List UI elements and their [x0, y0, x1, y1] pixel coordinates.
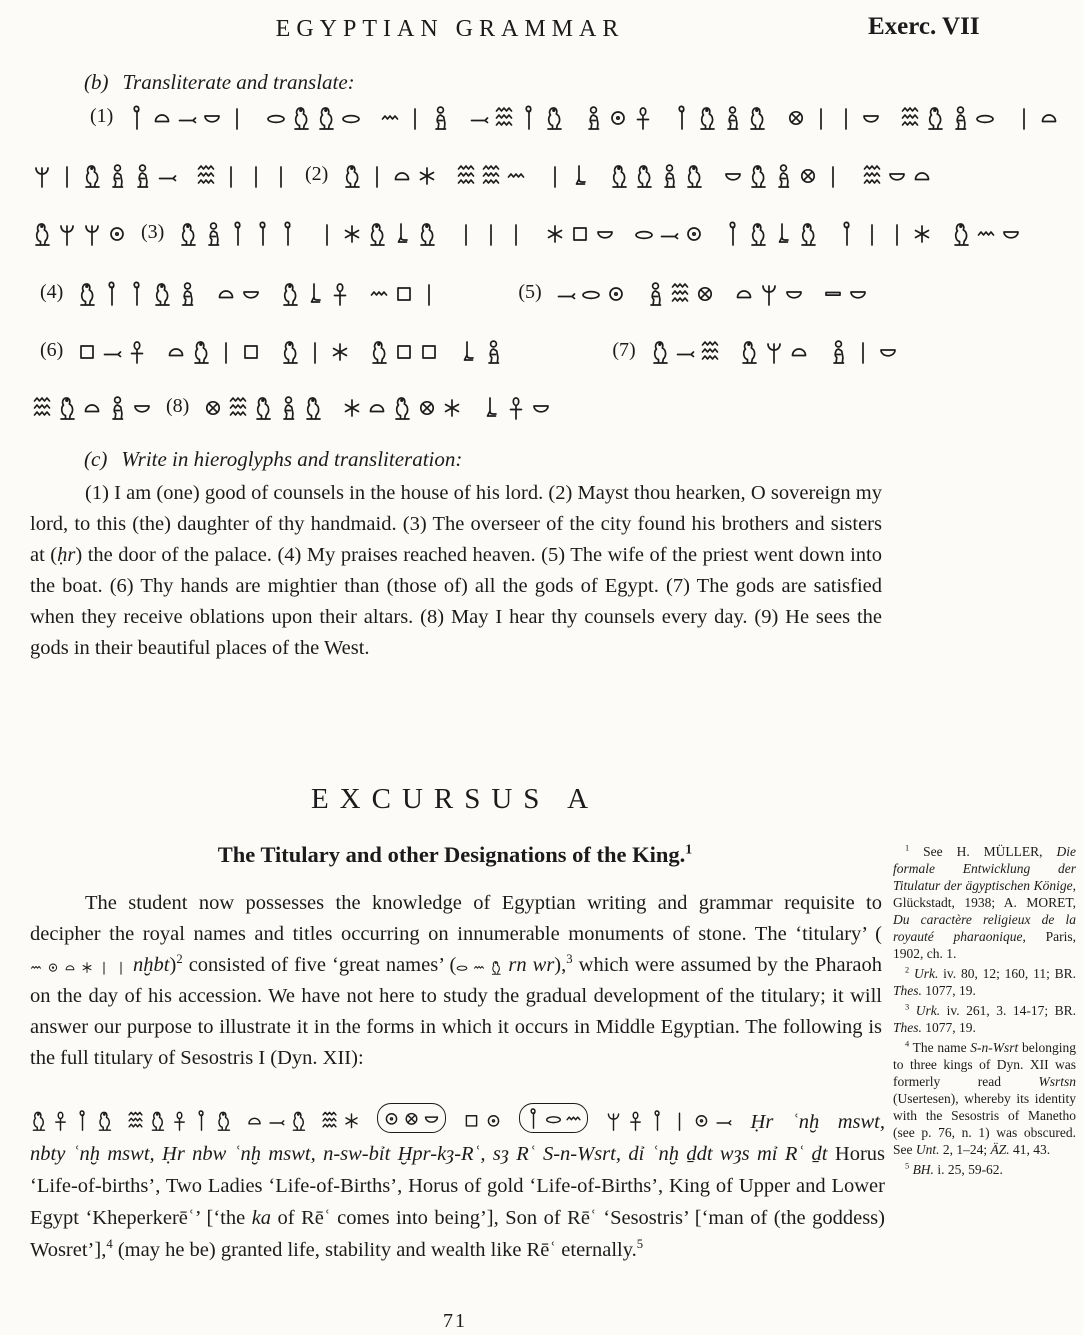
hieroglyph-run [127, 102, 1059, 132]
hieroglyph-water-line-icon [30, 958, 42, 976]
hieroglyph-bowl-icon [848, 278, 868, 308]
hieroglyph-stroke-icon [811, 102, 831, 132]
exercise-number: (4) [36, 281, 67, 308]
hieroglyph-falcon-icon [697, 102, 717, 132]
hieroglyph-falcon-icon [684, 160, 704, 190]
footnotes-column: 1 See H. MÜLLER, Die formale Entwicklung… [893, 843, 1076, 1181]
hieroglyph-arm-icon [157, 160, 177, 190]
hieroglyph-bread-loaf-icon [64, 958, 76, 976]
text-run: Wsrtsn [1038, 1074, 1076, 1089]
hieroglyph-reed-leaf-icon [228, 218, 248, 248]
hieroglyph-plant-icon [605, 1107, 622, 1133]
text-run: rn wr [508, 954, 554, 976]
hieroglyph-star-icon [330, 336, 350, 366]
hieroglyph-line-3: (3) [32, 218, 1021, 248]
hieroglyph-stroke-icon [887, 218, 907, 248]
hieroglyph-ankh-icon [171, 1107, 188, 1133]
text-run: consisted of five ‘great names’ ( [183, 954, 457, 976]
section-b-label: (b) [84, 70, 109, 94]
hieroglyph-leg-icon [773, 218, 793, 248]
hieroglyph-water-line-icon [380, 102, 400, 132]
hieroglyph-sun-disc-icon [606, 278, 626, 308]
hieroglyph-water-ripples-icon [862, 160, 882, 190]
hieroglyph-stroke-icon [227, 102, 247, 132]
text-run: S-n-Wsrt [970, 1040, 1018, 1055]
hieroglyph-water-line-icon [976, 218, 996, 248]
hieroglyph-seated-man-icon [132, 160, 152, 190]
hieroglyph-stroke-icon [545, 160, 565, 190]
hieroglyph-reed-leaf-icon [253, 218, 273, 248]
hieroglyph-reed-leaf-icon [723, 218, 743, 248]
hieroglyph-falcon-icon [369, 336, 389, 366]
hieroglyph-city-sign-icon [203, 392, 223, 422]
hieroglyph-bread-loaf-icon [152, 102, 172, 132]
excursus-subtitle: The Titulary and other Designations of t… [0, 842, 910, 868]
hieroglyph-city-sign-icon [403, 1105, 420, 1131]
hieroglyph-falcon-icon [925, 102, 945, 132]
hieroglyph-falcon-icon [544, 102, 564, 132]
hieroglyph-bowl-icon [784, 278, 804, 308]
hieroglyph-water-ripples-icon [494, 102, 514, 132]
hieroglyph-ankh-icon [633, 102, 653, 132]
hieroglyph-run [32, 392, 152, 422]
hieroglyph-run [342, 160, 932, 190]
hieroglyph-bread-loaf-icon [246, 1107, 263, 1133]
hieroglyph-falcon-icon [951, 218, 971, 248]
hieroglyph-falcon-icon [290, 1107, 307, 1133]
text-run: ÄZ. [991, 1142, 1010, 1157]
hieroglyph-water-ripples-icon [32, 392, 52, 422]
hieroglyph-enclosure-icon [463, 1107, 480, 1133]
excursus-title: EXCURSUS A [0, 783, 910, 816]
hieroglyph-star-icon [343, 1107, 360, 1133]
hieroglyph-mouth-icon [634, 218, 654, 248]
hieroglyph-leg-icon [458, 336, 478, 366]
hieroglyph-water-line-icon [506, 160, 526, 190]
hieroglyph-arm-icon [715, 1107, 732, 1133]
hieroglyph-ankh-icon [330, 278, 350, 308]
hieroglyph-stroke-icon [671, 1107, 688, 1133]
hieroglyph-seated-man-icon [177, 278, 197, 308]
hieroglyph-seated-man-icon [828, 336, 848, 366]
hieroglyph-stroke-icon [221, 160, 241, 190]
hieroglyph-leg-icon [392, 218, 412, 248]
hieroglyph-line-5: (6)(7) [36, 336, 898, 366]
footnote-1: 1 See H. MÜLLER, Die formale Entwicklung… [893, 843, 1076, 962]
hieroglyph-falcon-icon [191, 336, 211, 366]
hieroglyph-stroke-icon [836, 102, 856, 132]
hieroglyph-reed-leaf-icon [102, 278, 122, 308]
hieroglyph-bread-loaf-icon [912, 160, 932, 190]
section-c-label: (c) [84, 447, 107, 471]
hieroglyph-falcon-icon [57, 392, 77, 422]
text-run: Urk. [916, 1003, 940, 1018]
hieroglyph-falcon-icon [747, 102, 767, 132]
hieroglyph-falcon-icon [149, 1107, 166, 1133]
hieroglyph-seated-man-icon [645, 278, 665, 308]
hieroglyph-star-icon [417, 160, 437, 190]
hieroglyph-falcon-icon [798, 218, 818, 248]
hieroglyph-reed-leaf-icon [649, 1107, 666, 1133]
text-run: 2, 1–24; [940, 1142, 991, 1157]
hieroglyph-seated-man-icon [950, 102, 970, 132]
text-run: Thes. [893, 1020, 922, 1035]
hieroglyph-city-sign-icon [417, 392, 437, 422]
hieroglyph-line-2: (2) [32, 160, 932, 190]
hieroglyph-falcon-icon [748, 160, 768, 190]
hieroglyph-falcon-icon [650, 336, 670, 366]
exercise-number: (7) [608, 339, 639, 366]
hieroglyph-reed-leaf-icon [278, 218, 298, 248]
hieroglyph-falcon-icon [367, 218, 387, 248]
hieroglyph-bread-loaf-icon [82, 392, 102, 422]
hieroglyph-star-icon [545, 218, 565, 248]
text-run: (may he be) granted life, stability and … [113, 1239, 637, 1261]
text-run [732, 1111, 751, 1133]
hieroglyph-falcon-icon [342, 160, 362, 190]
hieroglyph-seated-man-icon [722, 102, 742, 132]
text-run: iv. 80, 12; 160, 11; BR. [938, 966, 1076, 981]
hieroglyph-bread-loaf-icon [1039, 102, 1059, 132]
hieroglyph-stroke-icon [57, 160, 77, 190]
hieroglyph-bowl-icon [723, 160, 743, 190]
section-c-title: Write in hieroglyphs and transliteration… [121, 447, 462, 471]
hieroglyph-reed-leaf-icon [127, 102, 147, 132]
hieroglyph-run [456, 958, 502, 976]
hieroglyph-reed-leaf-icon [74, 1107, 91, 1133]
hieroglyph-mouth-icon [975, 102, 995, 132]
hieroglyph-falcon-icon [490, 958, 502, 976]
text-run: The name [909, 1040, 970, 1055]
hieroglyph-plant-icon [759, 278, 779, 308]
hieroglyph-sun-disc-icon [693, 1107, 710, 1133]
hieroglyph-bread-loaf-icon [367, 392, 387, 422]
hieroglyph-stroke-icon [271, 160, 291, 190]
hieroglyph-stroke-icon [853, 336, 873, 366]
text-run: nḫbt [133, 954, 169, 976]
hieroglyph-sun-disc-icon [47, 958, 59, 976]
hieroglyph-bowl-icon [595, 218, 615, 248]
hieroglyph-falcon-icon [30, 1107, 47, 1133]
hieroglyph-stroke-icon [823, 160, 843, 190]
hieroglyph-bowl-icon [887, 160, 907, 190]
hieroglyph-falcon-icon [253, 392, 273, 422]
hieroglyph-water-ripples-icon [196, 160, 216, 190]
hieroglyph-run [32, 160, 291, 190]
text-run: i. 25, 59-62. [934, 1162, 1003, 1177]
hieroglyph-ankh-icon [127, 336, 147, 366]
hieroglyph-stroke-icon [367, 160, 387, 190]
hieroglyph-water-ripples-icon [321, 1107, 338, 1133]
hieroglyph-bread-loaf-icon [216, 278, 236, 308]
hieroglyph-reed-leaf-icon [193, 1107, 210, 1133]
hieroglyph-arm-icon [102, 336, 122, 366]
hieroglyph-bowl-icon [861, 102, 881, 132]
text-run: The student now possesses the knowledge … [30, 892, 882, 945]
hieroglyph-stroke-icon [456, 218, 476, 248]
titulary-paragraph: Ḥr ʿnḫ mswt, nbty ʿnḫ mswt, Ḥr nbw ʿnḫ m… [30, 1103, 885, 1266]
exercise-number: (1) [86, 105, 117, 132]
hieroglyph-falcon-icon [316, 102, 336, 132]
hieroglyph-seated-man-icon [278, 392, 298, 422]
footnote-3: 3 Urk. iv. 261, 3. 14-17; BR. Thes. 1077… [893, 1002, 1076, 1036]
hieroglyph-falcon-icon [178, 218, 198, 248]
hieroglyph-stroke-icon [246, 160, 266, 190]
footnote-4: 4 The name S-n-Wsrt belonging to three k… [893, 1039, 1076, 1158]
text-run: ḥr [57, 544, 75, 566]
hieroglyph-leg-icon [570, 160, 590, 190]
hieroglyph-falcon-icon [215, 1107, 232, 1133]
footnote-2: 2 Urk. iv. 80, 12; 160, 11; BR. Thes. 10… [893, 965, 1076, 999]
text-run: BH. [913, 1162, 934, 1177]
hieroglyph-reed-leaf-icon [519, 102, 539, 132]
hieroglyph-bar-icon [823, 278, 843, 308]
hieroglyph-seated-man-icon [659, 160, 679, 190]
hieroglyph-falcon-icon [77, 278, 97, 308]
footnote-ref: 5 [637, 1237, 643, 1251]
hieroglyph-falcon-icon [82, 160, 102, 190]
hieroglyph-falcon-icon [280, 336, 300, 366]
hieroglyph-bread-loaf-icon [789, 336, 809, 366]
exercise-number: (2) [301, 163, 332, 190]
hieroglyph-star-icon [912, 218, 932, 248]
hieroglyph-star-icon [342, 392, 362, 422]
excursus-subtitle-text: The Titulary and other Designations of t… [218, 842, 686, 867]
exercise-number: (6) [36, 339, 67, 366]
hieroglyph-water-ripples-icon [481, 160, 501, 190]
section-b-heading: (b)Transliterate and translate: [84, 70, 355, 95]
hieroglyph-falcon-icon [303, 392, 323, 422]
hieroglyph-seated-man-icon [203, 218, 223, 248]
hieroglyph-bread-loaf-icon [166, 336, 186, 366]
hieroglyph-plant-icon [57, 218, 77, 248]
hieroglyph-stroke-icon [506, 218, 526, 248]
text-run: ) the door of the palace. (4) My praises… [30, 544, 882, 659]
hieroglyph-falcon-icon [96, 1107, 113, 1133]
section-c-exercises: (1) I am (one) good of counsels in the h… [30, 478, 882, 664]
hieroglyph-arm-icon [469, 102, 489, 132]
hieroglyph-stroke-icon [405, 102, 425, 132]
hieroglyph-stroke-icon [1014, 102, 1034, 132]
book-page: EGYPTIAN GRAMMAR Exerc. VII (b)Translite… [0, 0, 1083, 1335]
exercise-number: (8) [162, 395, 193, 422]
hieroglyph-arm-icon [177, 102, 197, 132]
hieroglyph-sun-disc-icon [485, 1107, 502, 1133]
hieroglyph-city-sign-icon [798, 160, 818, 190]
hieroglyph-run [556, 278, 868, 308]
hieroglyph-run [77, 336, 503, 366]
page-header-exercise: Exerc. VII [868, 13, 980, 41]
hieroglyph-reed-leaf-icon [837, 218, 857, 248]
hieroglyph-bread-loaf-icon [734, 278, 754, 308]
hieroglyph-water-line-icon [369, 278, 389, 308]
hieroglyph-water-ripples-icon [228, 392, 248, 422]
hieroglyph-falcon-icon [417, 218, 437, 248]
hieroglyph-bowl-icon [423, 1105, 440, 1131]
hieroglyph-city-sign-icon [695, 278, 715, 308]
hieroglyph-enclosure-icon [570, 218, 590, 248]
footnote-5: 5 BH. i. 25, 59-62. [893, 1161, 1076, 1178]
text-run: ), [554, 954, 566, 976]
hieroglyph-falcon-icon [739, 336, 759, 366]
hieroglyph-ankh-icon [627, 1107, 644, 1133]
text-run: Urk. [914, 966, 938, 981]
hieroglyph-falcon-icon [32, 218, 52, 248]
hieroglyph-plant-icon [764, 336, 784, 366]
hieroglyph-water-ripples-icon [456, 160, 476, 190]
hieroglyph-falcon-icon [634, 160, 654, 190]
hieroglyph-stroke-icon [98, 958, 110, 976]
hieroglyph-run [203, 392, 551, 422]
hieroglyph-stroke-icon [317, 218, 337, 248]
hieroglyph-run [30, 1103, 732, 1133]
exercise-number: (5) [514, 281, 545, 308]
hieroglyph-bowl-icon [241, 278, 261, 308]
text-run: Thes. [893, 983, 922, 998]
text-run: 1077, 19. [922, 983, 976, 998]
hieroglyph-run [650, 336, 898, 366]
hieroglyph-arm-icon [268, 1107, 285, 1133]
page-number: 71 [0, 1310, 910, 1333]
cartouche [377, 1103, 446, 1133]
hieroglyph-mouth-icon [266, 102, 286, 132]
hieroglyph-water-ripples-icon [670, 278, 690, 308]
hieroglyph-falcon-icon [748, 218, 768, 248]
hieroglyph-falcon-icon [291, 102, 311, 132]
hieroglyph-enclosure-icon [241, 336, 261, 366]
hieroglyph-bowl-icon [531, 392, 551, 422]
cartouche [519, 1103, 588, 1133]
hieroglyph-falcon-icon [280, 278, 300, 308]
footnote-ref: 1 [685, 843, 692, 858]
hieroglyph-ankh-icon [52, 1107, 69, 1133]
hieroglyph-reed-leaf-icon [127, 278, 147, 308]
hieroglyph-mouth-icon [581, 278, 601, 308]
hieroglyph-seated-man-icon [773, 160, 793, 190]
hieroglyph-arm-icon [556, 278, 576, 308]
hieroglyph-sun-disc-icon [383, 1105, 400, 1131]
hieroglyph-bowl-icon [132, 392, 152, 422]
hieroglyph-stroke-icon [419, 278, 439, 308]
hieroglyph-sun-disc-icon [684, 218, 704, 248]
hieroglyph-star-icon [81, 958, 93, 976]
hieroglyph-falcon-icon [152, 278, 172, 308]
hieroglyph-sun-disc-icon [107, 218, 127, 248]
hieroglyph-plant-icon [82, 218, 102, 248]
hieroglyph-city-sign-icon [786, 102, 806, 132]
hieroglyph-water-line-icon [473, 958, 485, 976]
excursus-paragraph: The student now possesses the knowledge … [30, 888, 882, 1074]
hieroglyph-seated-man-icon [107, 392, 127, 422]
hieroglyph-mouth-icon [456, 958, 468, 976]
hieroglyph-stroke-icon [115, 958, 127, 976]
hieroglyph-line-4: (4)(5) [36, 278, 868, 308]
hieroglyph-seated-man-icon [483, 336, 503, 366]
hieroglyph-water-ripples-icon [900, 102, 920, 132]
hieroglyph-run [178, 218, 1021, 248]
hieroglyph-bread-loaf-icon [392, 160, 412, 190]
hieroglyph-seated-man-icon [107, 160, 127, 190]
hieroglyph-line-6: (8) [32, 392, 551, 422]
hieroglyph-seated-man-icon [583, 102, 603, 132]
hieroglyph-star-icon [442, 392, 462, 422]
hieroglyph-run [77, 278, 439, 308]
exercise-number: (3) [137, 221, 168, 248]
hieroglyph-leg-icon [481, 392, 501, 422]
text-run: 41, 43. [1010, 1142, 1051, 1157]
hieroglyph-water-ripples-icon [127, 1107, 144, 1133]
text-run: ka [252, 1207, 271, 1229]
hieroglyph-mouth-icon [545, 1105, 562, 1131]
hieroglyph-sun-disc-icon [608, 102, 628, 132]
hieroglyph-leg-icon [305, 278, 325, 308]
hieroglyph-enclosure-icon [394, 278, 414, 308]
hieroglyph-stroke-icon [216, 336, 236, 366]
hieroglyph-enclosure-icon [77, 336, 97, 366]
hieroglyph-stroke-icon [862, 218, 882, 248]
text-run: Unt. [916, 1142, 940, 1157]
hieroglyph-seated-man-icon [430, 102, 450, 132]
hieroglyph-stroke-icon [481, 218, 501, 248]
hieroglyph-star-icon [342, 218, 362, 248]
hieroglyph-bowl-icon [1001, 218, 1021, 248]
hieroglyph-reed-leaf-icon [672, 102, 692, 132]
section-c-heading: (c)Write in hieroglyphs and transliterat… [84, 447, 462, 472]
hieroglyph-run [32, 218, 127, 248]
hieroglyph-water-line-icon [565, 1105, 582, 1131]
hieroglyph-arm-icon [659, 218, 679, 248]
hieroglyph-line-1: (1) [86, 102, 1059, 132]
hieroglyph-plant-icon [32, 160, 52, 190]
text-run: 1077, 19. [922, 1020, 976, 1035]
hieroglyph-bowl-icon [878, 336, 898, 366]
page-header-title: EGYPTIAN GRAMMAR [0, 16, 900, 43]
hieroglyph-falcon-icon [609, 160, 629, 190]
section-b-title: Transliterate and translate: [123, 70, 355, 94]
hieroglyph-enclosure-icon [394, 336, 414, 366]
hieroglyph-mouth-icon [341, 102, 361, 132]
hieroglyph-water-ripples-icon [700, 336, 720, 366]
hieroglyph-run [30, 958, 127, 976]
hieroglyph-arm-icon [675, 336, 695, 366]
text-run: See H. MÜLLER, [909, 844, 1056, 859]
text-run: iv. 261, 3. 14-17; BR. [940, 1003, 1076, 1018]
hieroglyph-reed-leaf-icon [525, 1105, 542, 1131]
hieroglyph-enclosure-icon [419, 336, 439, 366]
hieroglyph-ankh-icon [506, 392, 526, 422]
hieroglyph-stroke-icon [305, 336, 325, 366]
hieroglyph-bowl-icon [202, 102, 222, 132]
hieroglyph-falcon-icon [392, 392, 412, 422]
